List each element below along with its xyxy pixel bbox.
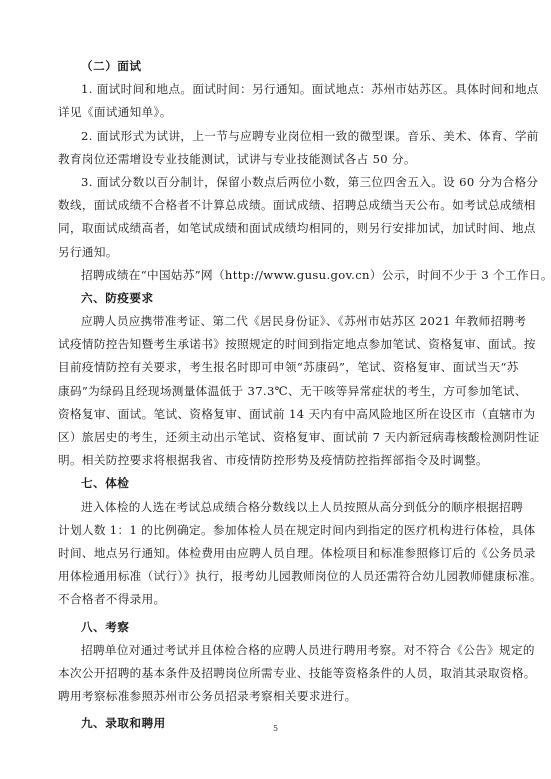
paragraph-inspection: 招聘单位对通过考试并且体检合格的应聘人员进行聘用考察。对不符合《公告》规定的 本… — [58, 639, 497, 709]
paragraph-physical-exam: 进入体检的人选在考试总成绩合格分数线以上人员按照从高分到低分的顺序根据招聘 计划… — [58, 496, 497, 612]
text-line: 进入体检的人选在考试总成绩合格分数线以上人员按照从高分到低分的顺序根据招聘 — [58, 496, 497, 519]
text-line: 详见《面试通知单》。 — [58, 101, 497, 124]
text-line: 用体检通用标准（试行）》执行，报考幼儿园教师岗位的人员还需符合幼儿园教师健康标准… — [58, 565, 497, 588]
text-line: 时间、地点另行通知。体检费用由应聘人员自理。体检项目和标准参照修订后的《公务员录 — [58, 542, 497, 565]
paragraph-epidemic-requirements: 应聘人员应携带准考证、第二代《居民身份证》、《苏州市姑苏区 2021 年教师招聘… — [58, 310, 497, 472]
text-line: 聘用考察标准参照苏州市公务员招录考察相关要求进行。 — [58, 685, 497, 708]
paragraph-interview-format: 2. 面试形式为试讲，上一节与应聘专业岗位相一致的微型课。音乐、美术、体育、学前… — [58, 125, 497, 171]
text-line: 区）旅居史的考生，还须主动出示笔试、资格复审、面试前 7 天内新冠病毒核酸检测阴… — [58, 426, 497, 449]
text-line: 招聘单位对通过考试并且体检合格的应聘人员进行聘用考察。对不符合《公告》规定的 — [58, 639, 497, 662]
text-line: 2. 面试形式为试讲，上一节与应聘专业岗位相一致的微型课。音乐、美术、体育、学前 — [58, 125, 497, 148]
text-line: 1. 面试时间和地点。面试时间：另行通知。面试地点：苏州市姑苏区。具体时间和地点 — [58, 78, 497, 101]
paragraph-results-publication: 招聘成绩在“中国姑苏”网（http://www.gusu.gov.cn）公示，时… — [58, 264, 497, 287]
text-line: 3. 面试分数以百分制计，保留小数点后两位小数，第三位四舍五入。设 60 分为合… — [58, 171, 497, 194]
text-line: 计划人数 1：1 的比例确定。参加体检人员在规定时间内到指定的医疗机构进行体检，… — [58, 519, 497, 542]
text-line: 同，取面试成绩高者，如笔试成绩和面试成绩均相同的，则另行安排加试，加试时间、地点 — [58, 217, 497, 240]
text-line: 本次公开招聘的基本条件及招聘岗位所需专业、技能等资格条件的人员，取消其录取资格。 — [58, 662, 497, 685]
page-number: 5 — [0, 724, 551, 733]
section-heading-epidemic-prevention: 六、防疫要求 — [58, 287, 497, 310]
text-line: 目前疫情防控有关要求，考生报名时即可申领“苏康码”，笔试、资格复审、面试当天“苏 — [58, 356, 497, 379]
text-line: 应聘人员应携带准考证、第二代《居民身份证》、《苏州市姑苏区 2021 年教师招聘… — [58, 310, 497, 333]
text-line: 康码”为绿码且经现场测量体温低于 37.3℃、无干咳等异常症状的考生，方可参加笔… — [58, 380, 497, 403]
text-line: 明。相关防控要求将根据我省、市疫情防控形势及疫情防控指挥部指令及时调整。 — [58, 449, 497, 472]
document-page: （二）面试 1. 面试时间和地点。面试时间：另行通知。面试地点：苏州市姑苏区。具… — [58, 55, 497, 735]
paragraph-interview-scoring: 3. 面试分数以百分制计，保留小数点后两位小数，第三位四舍五入。设 60 分为合… — [58, 171, 497, 264]
section-heading-inspection: 八、考察 — [58, 616, 497, 639]
section-heading-physical-exam: 七、体检 — [58, 472, 497, 495]
text-line: 不合格者不得录用。 — [58, 588, 497, 611]
text-line: 试疫情防控告知暨考生承诺书》按照规定的时间到指定地点参加笔试、资格复审、面试。按 — [58, 333, 497, 356]
text-line: 另行通知。 — [58, 241, 497, 264]
text-line: 数线，面试成绩不合格者不计算总成绩。面试成绩、招聘总成绩当天公布。如考试总成绩相 — [58, 194, 497, 217]
text-line: 资格复审、面试。笔试、资格复审、面试前 14 天内有中高风险地区所在设区市（直辖… — [58, 403, 497, 426]
section-heading-interview: （二）面试 — [58, 55, 497, 78]
text-line: 招聘成绩在“中国姑苏”网（http://www.gusu.gov.cn）公示，时… — [58, 264, 497, 287]
paragraph-interview-time: 1. 面试时间和地点。面试时间：另行通知。面试地点：苏州市姑苏区。具体时间和地点… — [58, 78, 497, 124]
text-line: 教育岗位还需增设专业技能测试，试讲与专业技能测试各占 50 分。 — [58, 148, 497, 171]
